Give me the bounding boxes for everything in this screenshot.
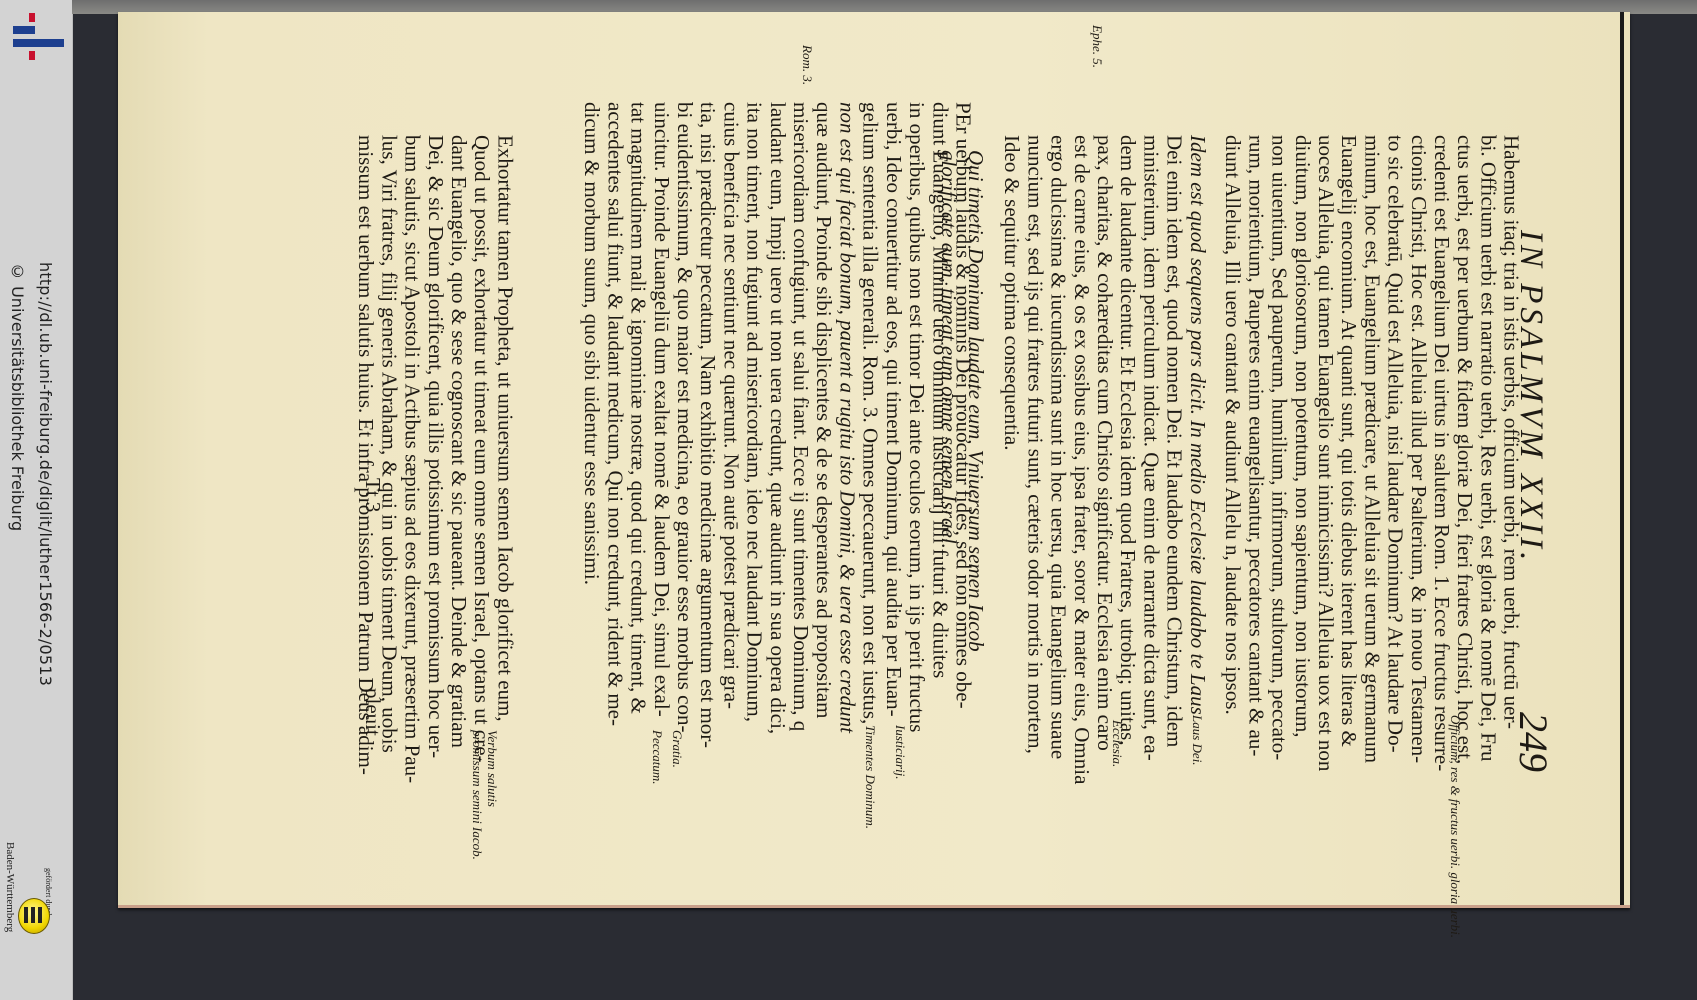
margin-note: Officium, res & fructus uerbi. gloria ue… (1448, 715, 1463, 938)
catchword: pleuit (360, 688, 385, 736)
sponsor-name: Baden-Württemberg (4, 842, 16, 932)
paragraph-3: PEr uerbum laudis & nominis Dei prouocat… (580, 102, 974, 748)
margin-note: Iusticiarij. (893, 725, 908, 780)
margin-note: Rom. 3. (800, 45, 815, 85)
margin-note: Timentes Dominum. (863, 725, 878, 829)
paragraph-2: Idem est quod sequens pars dicit. In med… (1000, 135, 1209, 784)
margin-note: Verbum salutis promissum semini Iacob. (470, 730, 500, 860)
permalink-url[interactable]: http://dl.ub.uni-freiburg.de/diglit/luth… (36, 262, 55, 686)
signature-mark: Tt 3 (360, 478, 385, 512)
margin-note: Ephe. 5. (1090, 25, 1105, 68)
paragraph-4: Exhortatur tamen Propheta, ut uniuersum … (354, 135, 516, 783)
margin-note: Gratia. (670, 730, 685, 768)
page-edge-shadow (1620, 12, 1624, 905)
library-logo-icon[interactable] (6, 12, 58, 62)
margin-note: Ecclesia. (1110, 720, 1125, 767)
baden-wuerttemberg-crest-icon (18, 898, 50, 934)
viewer-sidebar: http://dl.ub.uni-freiburg.de/diglit/luth… (0, 0, 73, 1000)
margin-note: Laus Dei. (1190, 715, 1205, 766)
copyright-notice: © Universitätsbibliothek Freiburg (8, 262, 27, 531)
paragraph-1: Habemus itaq; tria in istis uerbis, offi… (1221, 135, 1523, 771)
margin-note: Peccatum. (650, 730, 665, 785)
